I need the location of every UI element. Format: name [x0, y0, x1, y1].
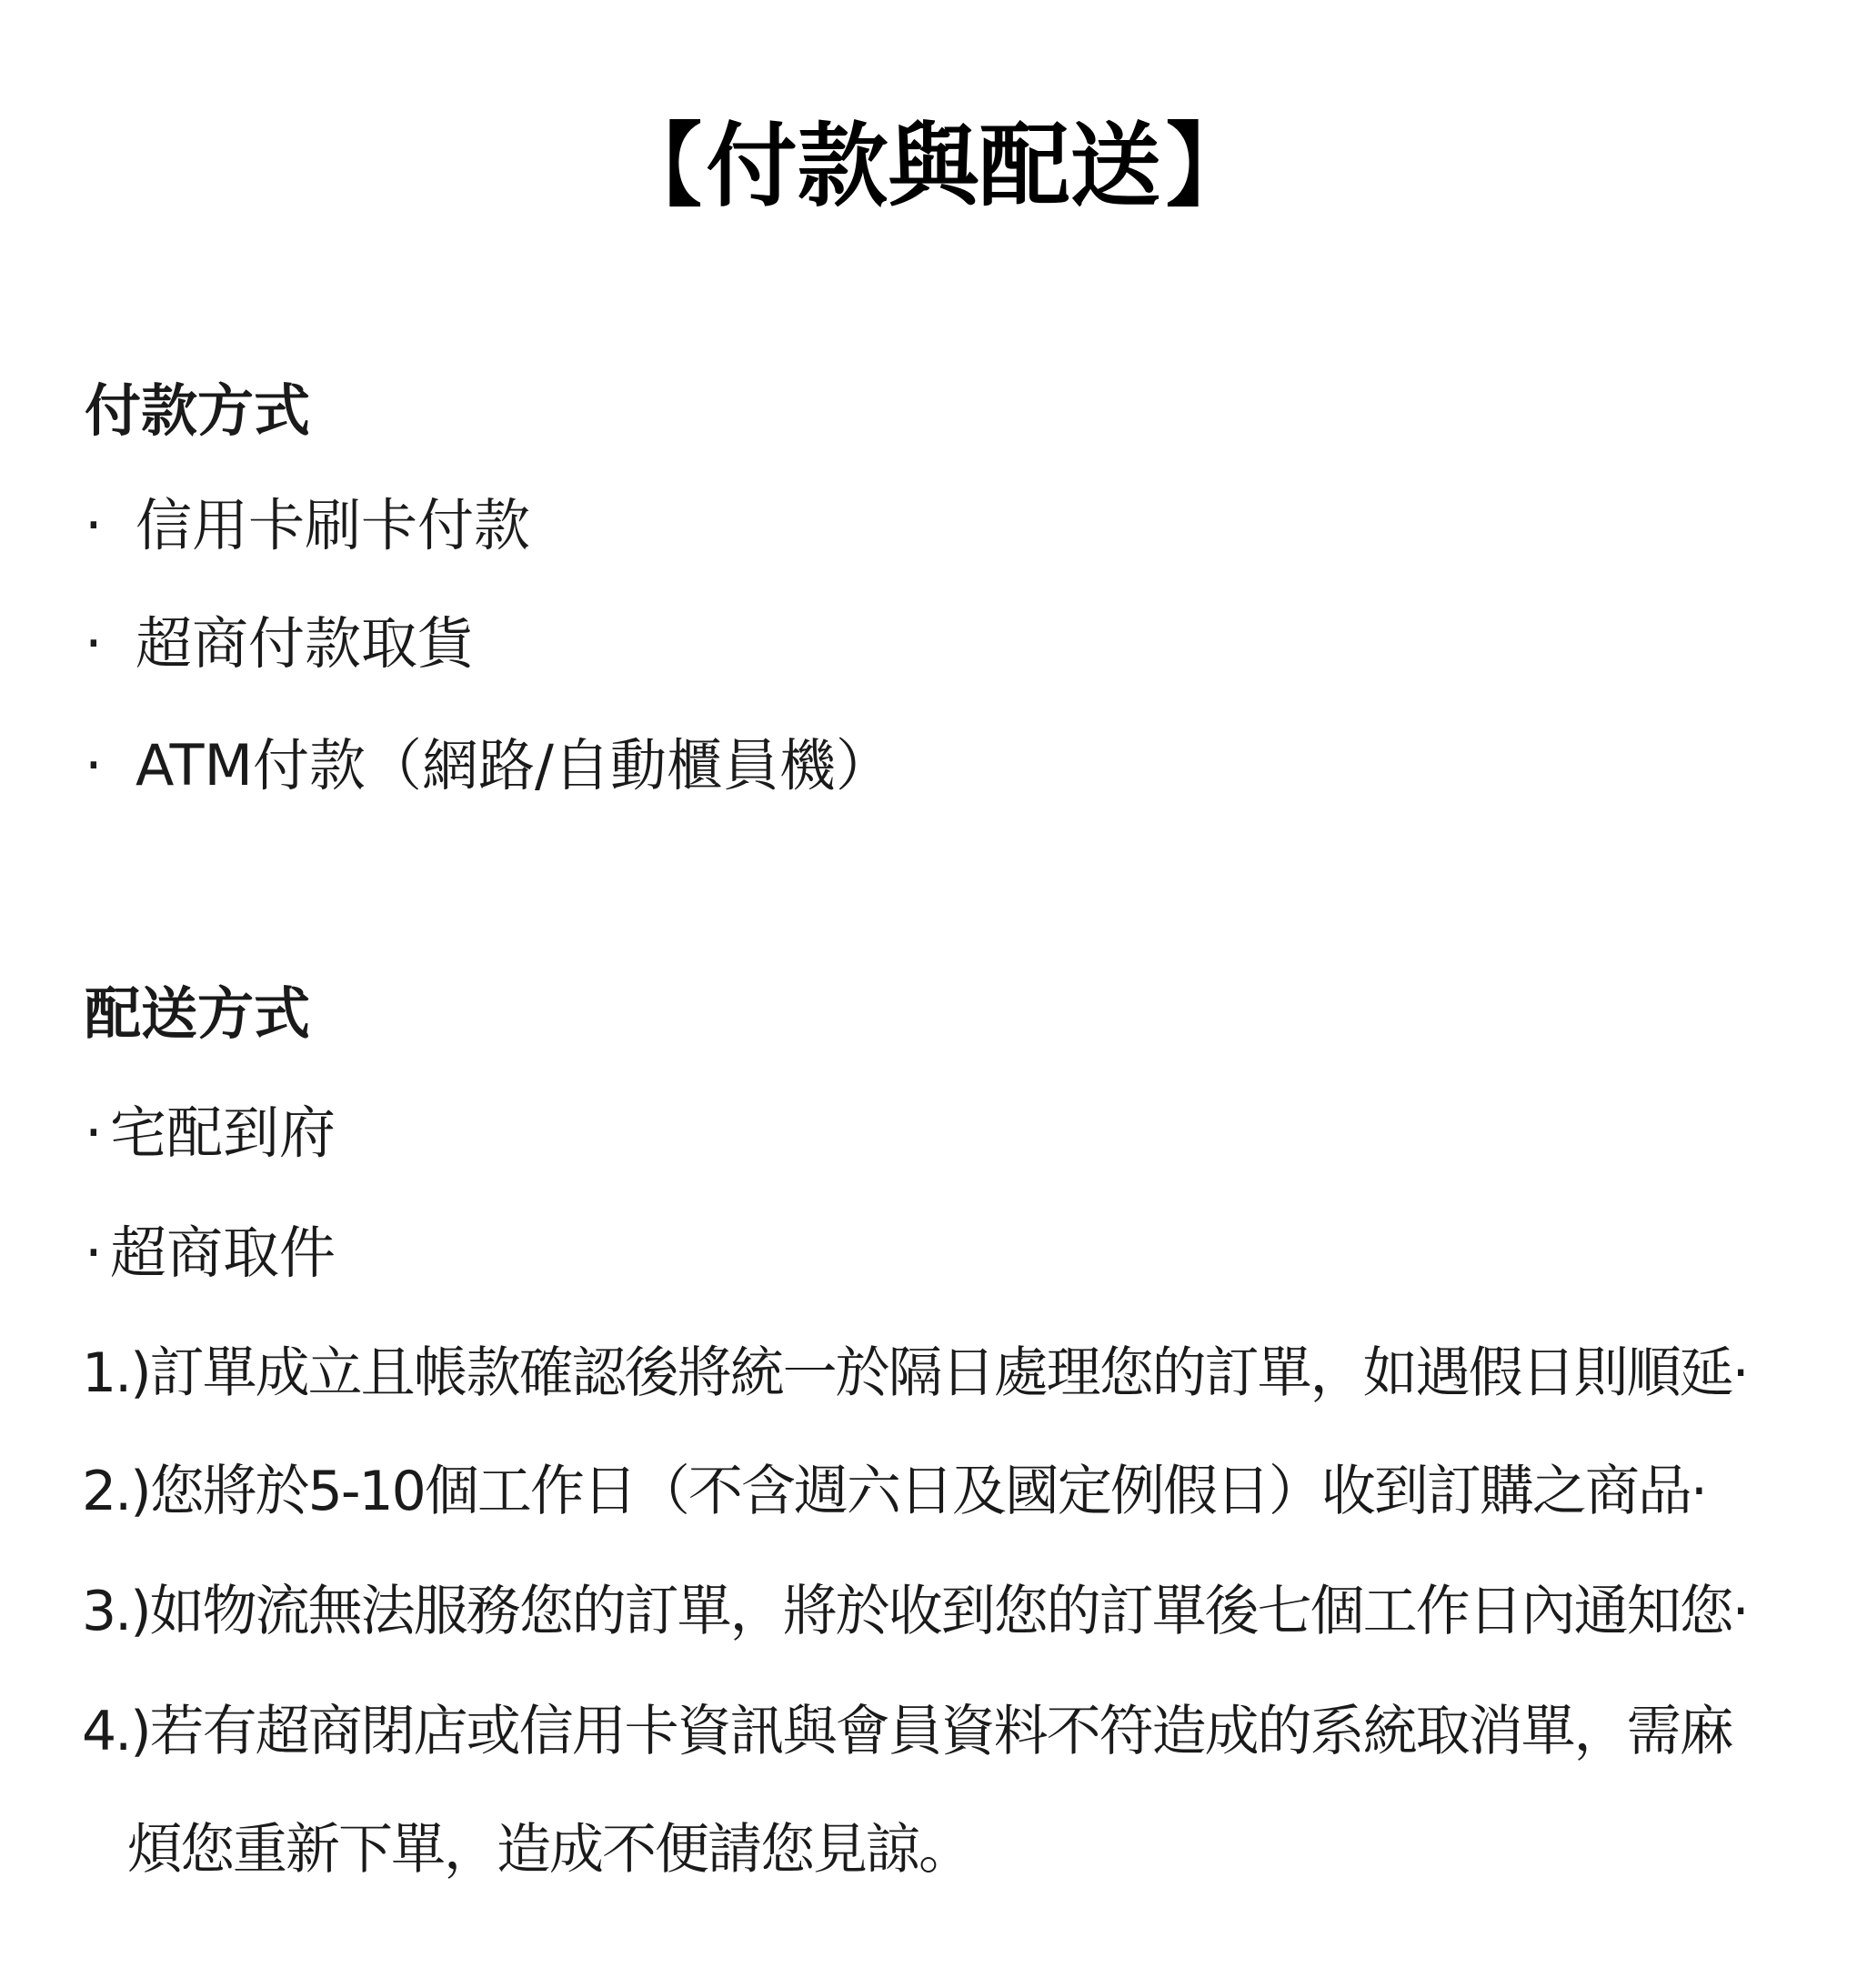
payment-item-credit-card: · 信用卡刷卡付款 [85, 489, 530, 562]
delivery-note-4-continued: 煩您重新下單，造成不便請您見諒。 [127, 1813, 971, 1886]
delivery-note-4: 4.)若有超商閉店或信用卡資訊與會員資料不符造成的系統取消單，需麻 [82, 1695, 1732, 1768]
delivery-item-label: 宅配到府 [110, 1097, 336, 1170]
bullet-dot: · [85, 1097, 110, 1170]
delivery-note-1: 1.)訂單成立且帳款確認後將統一於隔日處理您的訂單，如遇假日則順延· [82, 1337, 1748, 1410]
page-title: 【付款與配送】 [0, 107, 1867, 226]
payment-item-label: 信用卡刷卡付款 [136, 489, 530, 562]
bullet-dot: · [85, 1217, 110, 1290]
bullet-dot: · [85, 729, 136, 802]
payment-heading: 付款方式 [85, 375, 310, 447]
title-close-bracket: 】 [1166, 107, 1248, 226]
payment-item-convenience-store: · 超商付款取貨 [85, 607, 474, 680]
delivery-heading: 配送方式 [85, 978, 310, 1050]
bullet-dot: · [85, 489, 136, 562]
payment-item-label: ATM付款（網路/自動櫃員機） [136, 729, 892, 802]
delivery-note-3: 3.)如物流無法服務您的訂單，將於收到您的訂單後七個工作日內通知您· [82, 1575, 1748, 1648]
bullet-dot: · [85, 607, 136, 680]
payment-item-atm: · ATM付款（網路/自動櫃員機） [85, 729, 892, 802]
delivery-item-home: · 宅配到府 [85, 1097, 336, 1170]
payment-item-label: 超商付款取貨 [136, 607, 474, 680]
delivery-item-label: 超商取件 [110, 1217, 336, 1290]
title-text: 付款與配送 [707, 113, 1161, 219]
delivery-note-2: 2.)您將於5-10個工作日（不含週六日及國定例假日）收到訂購之商品· [82, 1455, 1706, 1528]
delivery-item-store-pickup: · 超商取件 [85, 1217, 336, 1290]
title-open-bracket: 【 [620, 107, 702, 226]
